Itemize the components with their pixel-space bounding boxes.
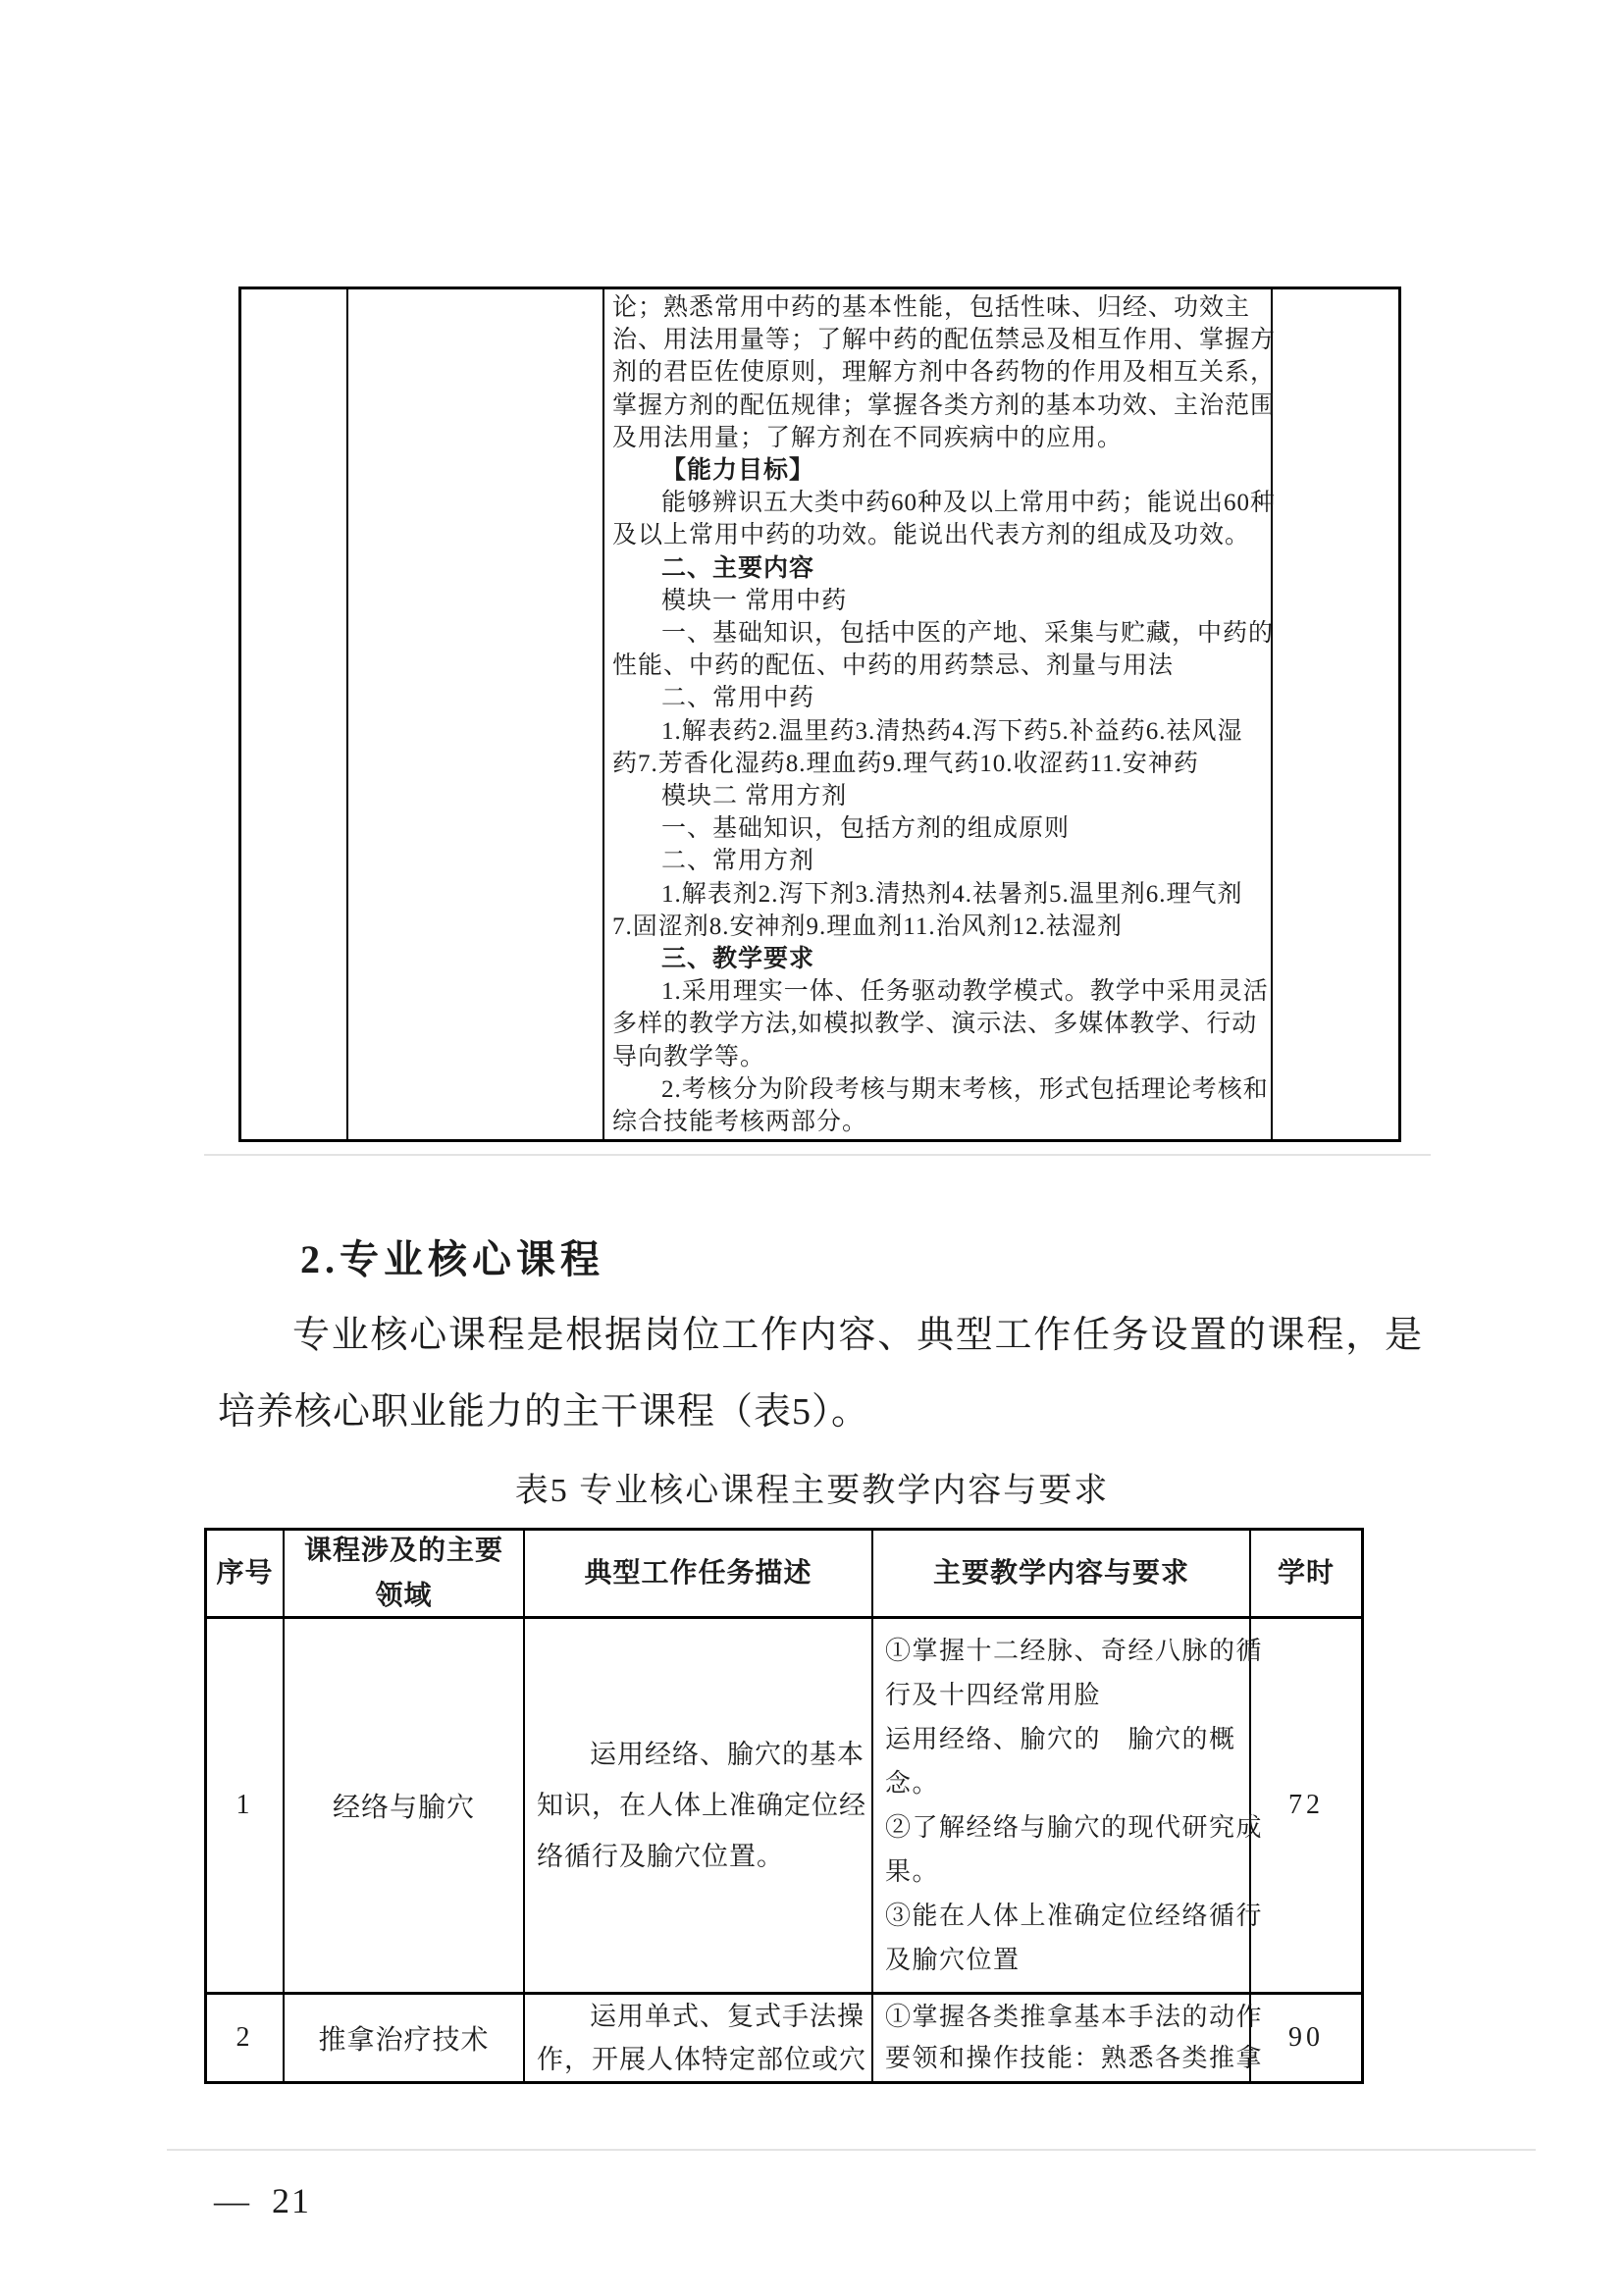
row-hours: 72 (1251, 1619, 1361, 1992)
table-col-empty-no (241, 289, 348, 1139)
row-content: ①掌握各类推拿基本手法的动作 要领和操作技能：熟悉各类推拿 (873, 1995, 1251, 2081)
row-no: 2 (207, 1995, 285, 2081)
table-text-line: 二、常用中药 (612, 682, 1263, 714)
table-text-line: 多样的教学方法,如模拟教学、演示法、多媒体教学、行动 (612, 1008, 1263, 1040)
task-line: 运用单式、复式手法操 (537, 1995, 864, 2038)
content-line: ①掌握十二经脉、奇经八脉的循 (885, 1629, 1263, 1673)
content-line: 行及十四经常用脸 (885, 1673, 1101, 1717)
row-hours: 90 (1251, 1995, 1361, 2081)
content-line: 果。 (885, 1850, 939, 1894)
table-text-line: 治、用法用量等；了解中药的配伍禁忌及相互作用、掌握方 (612, 324, 1263, 356)
table-text-line: 1.解表药2.温里药3.清热药4.泻下药5.补益药6.祛风湿 (612, 715, 1263, 748)
table-text-line: 1.解表剂2.泻下剂3.清热剂4.祛暑剂5.温里剂6.理气剂 (612, 878, 1263, 911)
header-cell-content: 主要教学内容与要求 (873, 1531, 1251, 1616)
table-text-line: 性能、中药的配伍、中药的用药禁忌、剂量与用法 (612, 650, 1263, 682)
content-line: 及腧穴位置 (885, 1938, 1021, 1982)
header-cell-domain: 课程涉及的主要 领域 (285, 1531, 525, 1616)
section-heading: 2.专业核心课程 (300, 1236, 604, 1283)
table-text-line: 一、基础知识，包括方剂的组成原则 (612, 812, 1263, 845)
row-content: ①掌握十二经脉、奇经八脉的循 行及十四经常用脸 运用经络、腧穴的 腧穴的概 念。… (873, 1619, 1251, 1992)
course-description-table-continued: 论；熟悉常用中药的基本性能，包括性味、归经、功效主 治、用法用量等；了解中药的配… (238, 287, 1401, 1142)
table-text-line: 【能力目标】 (612, 454, 1263, 487)
table-text-line: 导向教学等。 (612, 1041, 1263, 1073)
paragraph-line: 培养核心职业能力的主干课程（表5）。 (218, 1374, 1423, 1450)
content-line: ③能在人体上准确定位经络循行 (885, 1894, 1263, 1938)
header-cell-domain-line2: 领域 (375, 1574, 432, 1619)
header-cell-hours: 学时 (1251, 1531, 1361, 1616)
table-col-empty-course (348, 289, 604, 1139)
table-col-empty-hours (1273, 289, 1398, 1139)
table-text-line: 掌握方剂的配伍规律；掌握各类方剂的基本功效、主治范围 (612, 390, 1263, 422)
content-line: ①掌握各类推拿基本手法的动作 (885, 1997, 1263, 2038)
table-text-line: 论；熟悉常用中药的基本性能，包括性味、归经、功效主 (612, 291, 1263, 324)
header-cell-domain-line1: 课程涉及的主要 (304, 1529, 503, 1574)
row-domain: 推拿治疗技术 (285, 1995, 525, 2081)
content-line: ②了解经络与腧穴的现代研究成 (885, 1805, 1263, 1850)
header-cell-task: 典型工作任务描述 (525, 1531, 873, 1616)
task-line: 作，开展人体特定部位或穴 (537, 2038, 866, 2081)
table-row: 2 推拿治疗技术 运用单式、复式手法操 作，开展人体特定部位或穴 ①掌握各类推拿… (207, 1995, 1361, 2081)
table-col-course-content: 论；熟悉常用中药的基本性能，包括性味、归经、功效主 治、用法用量等；了解中药的配… (604, 289, 1273, 1139)
row-task: 运用经络、腧穴的基本 知识，在人体上准确定位经 络循行及腧穴位置。 (525, 1619, 873, 1992)
table-text-line: 模块二 常用方剂 (612, 780, 1263, 812)
section-paragraph: 专业核心课程是根据岗位工作内容、典型工作任务设置的课程，是 培养核心职业能力的主… (218, 1297, 1423, 1450)
table-text-line: 1.采用理实一体、任务驱动教学模式。教学中采用灵活 (612, 975, 1263, 1008)
table5-header-row: 序号 课程涉及的主要 领域 典型工作任务描述 主要教学内容与要求 学时 (207, 1531, 1361, 1619)
content-line: 念。 (885, 1761, 939, 1805)
table-text-line: 一、基础知识，包括中医的产地、采集与贮藏，中药的 (612, 617, 1263, 650)
task-line: 运用经络、腧穴的基本 (537, 1729, 864, 1780)
table-text-line: 7.固涩剂8.安神剂9.理血剂11.治风剂12.祛湿剂 (612, 911, 1263, 943)
content-line: 运用经络、腧穴的 腧穴的概 (885, 1717, 1236, 1761)
core-courses-table: 序号 课程涉及的主要 领域 典型工作任务描述 主要教学内容与要求 学时 1 经络… (204, 1528, 1364, 2084)
table-row: 1 经络与腧穴 运用经络、腧穴的基本 知识，在人体上准确定位经 络循行及腧穴位置… (207, 1619, 1361, 1995)
footer-page-number: — 21 (214, 2180, 311, 2221)
header-cell-no: 序号 (207, 1531, 285, 1616)
table-text-line: 综合技能考核两部分。 (612, 1106, 1263, 1138)
table-text-line: 能够辨识五大类中药60种及以上常用中药；能说出60种 (612, 487, 1263, 519)
task-line: 知识，在人体上准确定位经 (537, 1780, 866, 1831)
table-text-line: 药7.芳香化湿药8.理血药9.理气药10.收涩药11.安神药 (612, 748, 1263, 780)
document-page: 论；熟悉常用中药的基本性能，包括性味、归经、功效主 治、用法用量等；了解中药的配… (0, 0, 1624, 2295)
table5-caption: 表5 专业核心课程主要教学内容与要求 (0, 1470, 1624, 1513)
row-task: 运用单式、复式手法操 作，开展人体特定部位或穴 (525, 1995, 873, 2081)
table-text-line: 2.考核分为阶段考核与期末考核，形式包括理论考核和 (612, 1073, 1263, 1106)
table-text-line: 剂的君臣佐使原则，理解方剂中各药物的作用及相互关系， (612, 356, 1263, 389)
table-text-line: 及用法用量；了解方剂在不同疾病中的应用。 (612, 422, 1263, 454)
task-line: 络循行及腧穴位置。 (537, 1831, 784, 1882)
row-no: 1 (207, 1619, 285, 1992)
table-text-line: 三、教学要求 (612, 943, 1263, 975)
table-text-line: 及以上常用中药的功效。能说出代表方剂的组成及功效。 (612, 519, 1263, 551)
scan-artifact-line (204, 1154, 1431, 1156)
row-domain: 经络与腧穴 (285, 1619, 525, 1992)
table-text-line: 模块一 常用中药 (612, 585, 1263, 617)
paragraph-line: 专业核心课程是根据岗位工作内容、典型工作任务设置的课程，是 (218, 1297, 1423, 1374)
table-text-line: 二、常用方剂 (612, 845, 1263, 877)
table-text-line: 二、主要内容 (612, 552, 1263, 585)
scan-artifact-line (167, 2149, 1536, 2151)
content-line: 要领和操作技能：熟悉各类推拿 (885, 2038, 1263, 2079)
